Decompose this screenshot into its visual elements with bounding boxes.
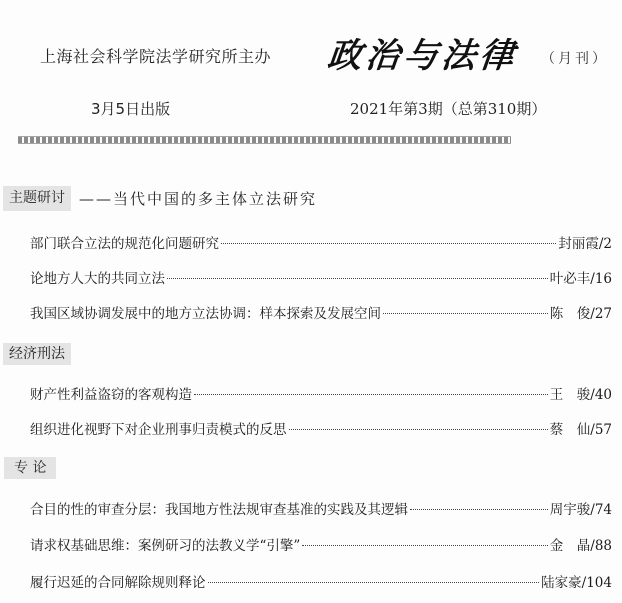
article-author: 陈 俊 bbox=[550, 302, 591, 322]
article-title: 财产性利益盗窃的客观构造 bbox=[30, 383, 192, 403]
publisher-line: 上海社会科学院法学研究所主办 bbox=[40, 44, 271, 67]
page-number: /27 bbox=[590, 306, 612, 322]
publish-date: 3月5日出版 bbox=[91, 98, 170, 119]
article-author: 王 骏 bbox=[550, 383, 591, 403]
dot-leader bbox=[410, 509, 548, 510]
article-title: 组织进化视野下对企业刑事归责模式的反思 bbox=[30, 418, 287, 438]
article-title: 请求权基础思维：案例研习的法教义学“引擎” bbox=[30, 534, 300, 554]
section-header-1: 主题研讨 ——当代中国的多主体立法研究 bbox=[3, 186, 317, 211]
page-number: /74 bbox=[590, 502, 612, 518]
dot-leader bbox=[208, 582, 540, 583]
article-title: 我国区域协调发展中的地方立法协调：样本探索及发展空间 bbox=[30, 302, 381, 322]
page-number: /57 bbox=[590, 422, 612, 438]
section-label: 经济刑法 bbox=[3, 343, 71, 365]
dot-leader bbox=[302, 545, 547, 546]
toc-entry[interactable]: 履行迟延的合同解除规则释论 陆家豪 /104 bbox=[30, 571, 612, 591]
dot-leader bbox=[383, 313, 548, 314]
dot-leader bbox=[289, 429, 548, 430]
frequency-label: （月刊） bbox=[541, 48, 609, 68]
page-number: /2 bbox=[599, 236, 612, 252]
article-author: 叶必丰 bbox=[550, 267, 591, 287]
toc-entry[interactable]: 部门联合立法的规范化问题研究 封丽霞 /2 bbox=[30, 232, 612, 252]
section-label: 专 论 bbox=[4, 457, 56, 479]
article-author: 周宇骏 bbox=[550, 498, 591, 518]
section-subtitle: ——当代中国的多主体立法研究 bbox=[79, 188, 317, 209]
article-author: 金 晶 bbox=[550, 534, 591, 554]
toc-entry[interactable]: 财产性利益盗窃的客观构造 王 骏 /40 bbox=[30, 383, 612, 403]
page-number: /104 bbox=[582, 575, 612, 591]
article-author: 封丽霞 bbox=[558, 232, 599, 252]
article-title: 合目的性的审查分层：我国地方性法规审查基准的实践及其逻辑 bbox=[30, 498, 408, 518]
toc-entry[interactable]: 合目的性的审查分层：我国地方性法规审查基准的实践及其逻辑 周宇骏 /74 bbox=[30, 498, 612, 518]
article-author: 蔡 仙 bbox=[550, 418, 591, 438]
section-header-3: 专 论 bbox=[4, 457, 56, 478]
toc-entry[interactable]: 请求权基础思维：案例研习的法教义学“引擎” 金 晶 /88 bbox=[30, 534, 612, 554]
section-header-2: 经济刑法 bbox=[3, 343, 71, 364]
article-title: 履行迟延的合同解除规则释论 bbox=[30, 571, 206, 591]
toc-entry[interactable]: 组织进化视野下对企业刑事归责模式的反思 蔡 仙 /57 bbox=[30, 418, 612, 438]
decorative-divider bbox=[18, 136, 511, 144]
dot-leader bbox=[221, 243, 556, 244]
page-number: /40 bbox=[590, 387, 612, 403]
toc-entry[interactable]: 论地方人大的共同立法 叶必丰 /16 bbox=[30, 267, 612, 287]
article-title: 部门联合立法的规范化问题研究 bbox=[30, 232, 219, 252]
dot-leader bbox=[194, 394, 548, 395]
article-author: 陆家豪 bbox=[541, 571, 582, 591]
journal-title: 政治与法律 bbox=[325, 28, 520, 77]
section-label: 主题研讨 bbox=[3, 186, 71, 211]
issue-number: 2021年第3期（总第310期） bbox=[350, 98, 546, 119]
toc-entry[interactable]: 我国区域协调发展中的地方立法协调：样本探索及发展空间 陈 俊 /27 bbox=[30, 302, 612, 322]
article-title: 论地方人大的共同立法 bbox=[30, 267, 165, 287]
dot-leader bbox=[167, 278, 548, 279]
page-number: /88 bbox=[590, 538, 612, 554]
page-number: /16 bbox=[590, 271, 612, 287]
